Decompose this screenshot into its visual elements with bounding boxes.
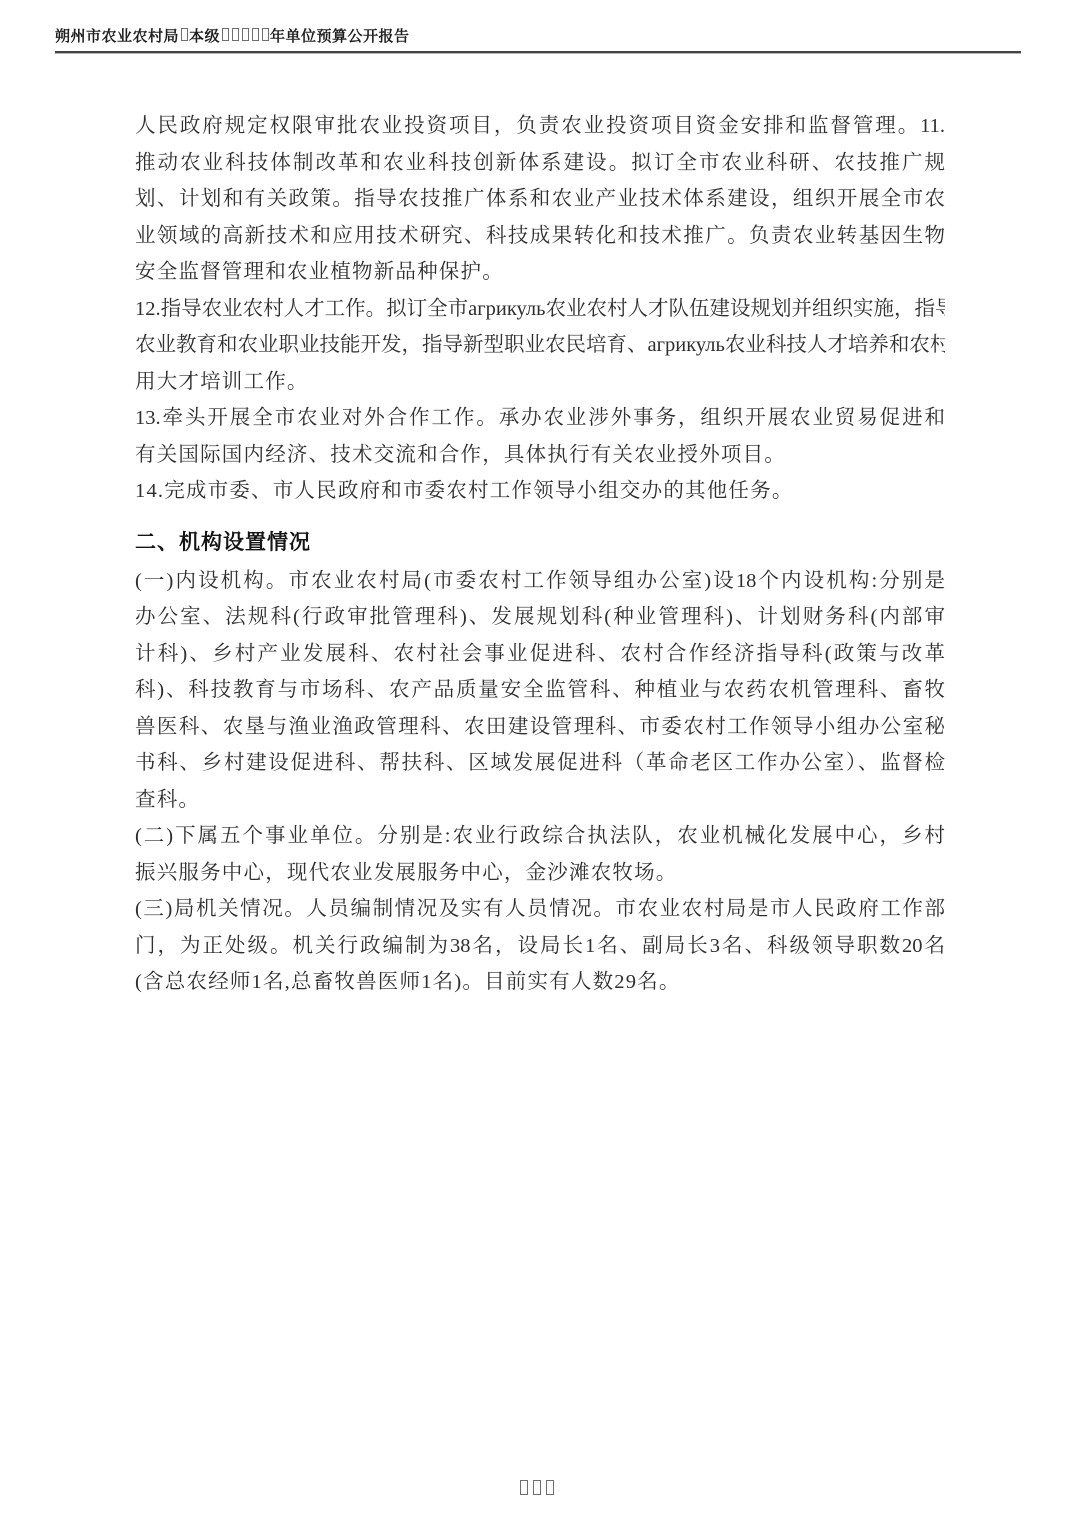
text-line: 人民政府规定权限审批农业投资项目，负责农业投资项目资金安排和监督管理。11. (135, 108, 945, 145)
header-missing-glyph-group-open (179, 28, 189, 45)
text-line: 安全监督管理和农业植物新品种保护。 (135, 254, 945, 291)
text-line: 兽医科、农垦与渔业渔政管理科、农田建设管理科、市委农村工作领导小组办公室秘 (135, 709, 945, 746)
paragraph-item-12: 12.指导农业农村人才工作。拟订全市агрикуль农业农村人才队伍建设规划并组… (135, 291, 945, 401)
text-line: 科)、科技教育与市场科、农产品质量安全监管科、种植业与农药农机管理科、畜牧 (135, 672, 945, 709)
footer-page-number-missing-glyphs (518, 1481, 557, 1498)
document-page: { "header": { "title_prefix": "朔州市农业农村局"… (0, 0, 1074, 1520)
text-line: 农业教育和农业职业技能开发，指导新型职业农民培育、агрикуль农业科技人才培… (135, 327, 945, 364)
missing-glyph-box (252, 28, 259, 41)
missing-glyph-box (232, 28, 239, 41)
text-line: 13.牵头开展全市农业对外合作工作。承办农业涉外事务，组织开展农业贸易促进和 (135, 400, 945, 437)
missing-glyph-box (242, 28, 249, 41)
header-title-suffix: 年单位预算公开报告 (270, 28, 410, 45)
text-line: 划、计划和有关政策。指导农技推广体系和农业产业技术体系建设，组织开展全市农 (135, 181, 945, 218)
text-line: 振兴服务中心，现代农业发展服务中心，金沙滩农牧场。 (135, 855, 945, 892)
header-missing-glyph-group-year (220, 28, 270, 45)
text-line: 业领域的高新技术和应用技术研究、科技成果转化和技术推广。负责农业转基因生物 (135, 218, 945, 255)
text-line: 用大才培训工作。 (135, 364, 945, 401)
paragraph-internal-orgs: (一)内设机构。市农业农村局(市委农村工作领导组办公室)设18个内设机构:分别是… (135, 563, 945, 819)
paragraph-item-13: 13.牵头开展全市农业对外合作工作。承办农业涉外事务，组织开展农业贸易促进和 有… (135, 400, 945, 473)
text-line: 14.完成市委、市人民政府和市委农村工作领导小组交办的其他任务。 (135, 473, 945, 510)
page-header-title: 朔州市农业农村局本级年单位预算公开报告 (55, 25, 1021, 46)
missing-glyph-box (222, 28, 229, 41)
header-title-prefix: 朔州市农业农村局 (55, 28, 179, 45)
text-line: 推动农业科技体制改革和农业科技创新体系建设。拟订全市农业科研、农技推广规 (135, 145, 945, 182)
text-line: 计科)、乡村产业发展科、农村社会事业促进科、农村合作经济指导科(政策与改革 (135, 636, 945, 673)
paragraph-subordinate-units: (二)下属五个事业单位。分别是:农业行政综合执法队，农业机械化发展中心，乡村 振… (135, 818, 945, 891)
missing-glyph-box (181, 28, 188, 41)
text-line: (三)局机关情况。人员编制情况及实有人员情况。市农业农村局是市人民政府工作部 (135, 891, 945, 928)
text-line: 有关国际国内经济、技术交流和合作，具体执行有关农业授外项目。 (135, 437, 945, 474)
text-line: 12.指导农业农村人才工作。拟订全市агрикуль农业农村人才队伍建设规划并组… (135, 291, 945, 328)
document-body: 人民政府规定权限审批农业投资项目，负责农业投资项目资金安排和监督管理。11. 推… (135, 108, 945, 1001)
section-heading-org-setup: 二、机构设置情况 (135, 523, 945, 563)
missing-glyph-box (533, 1480, 541, 1495)
missing-glyph-box (520, 1480, 528, 1495)
page-footer (0, 1480, 1074, 1499)
header-title-mid: 本级 (189, 28, 220, 45)
text-line: (二)下属五个事业单位。分别是:农业行政综合执法队，农业机械化发展中心，乡村 (135, 818, 945, 855)
text-line: 办公室、法规科(行政审批管理科)、发展规划科(种业管理科)、计划财务科(内部审 (135, 599, 945, 636)
missing-glyph-box (546, 1480, 554, 1495)
header-divider-rule (55, 51, 1021, 54)
paragraph-item-14: 14.完成市委、市人民政府和市委农村工作领导小组交办的其他任务。 (135, 473, 945, 510)
text-line: (含总农经师1名,总畜牧兽医师1名)。目前实有人数29名。 (135, 964, 945, 1001)
missing-glyph-box (262, 28, 269, 41)
paragraph-staffing: (三)局机关情况。人员编制情况及实有人员情况。市农业农村局是市人民政府工作部 门… (135, 891, 945, 1001)
text-line: (一)内设机构。市农业农村局(市委农村工作领导组办公室)设18个内设机构:分别是 (135, 563, 945, 600)
text-line: 查科。 (135, 782, 945, 819)
text-line: 门，为正处级。机关行政编制为38名，设局长1名、副局长3名、科级领导职数20名 (135, 928, 945, 965)
paragraph-duties-continuation: 人民政府规定权限审批农业投资项目，负责农业投资项目资金安排和监督管理。11. 推… (135, 108, 945, 291)
text-line: 书科、乡村建设促进科、帮扶科、区域发展促进科（革命老区工作办公室）、监督检 (135, 745, 945, 782)
